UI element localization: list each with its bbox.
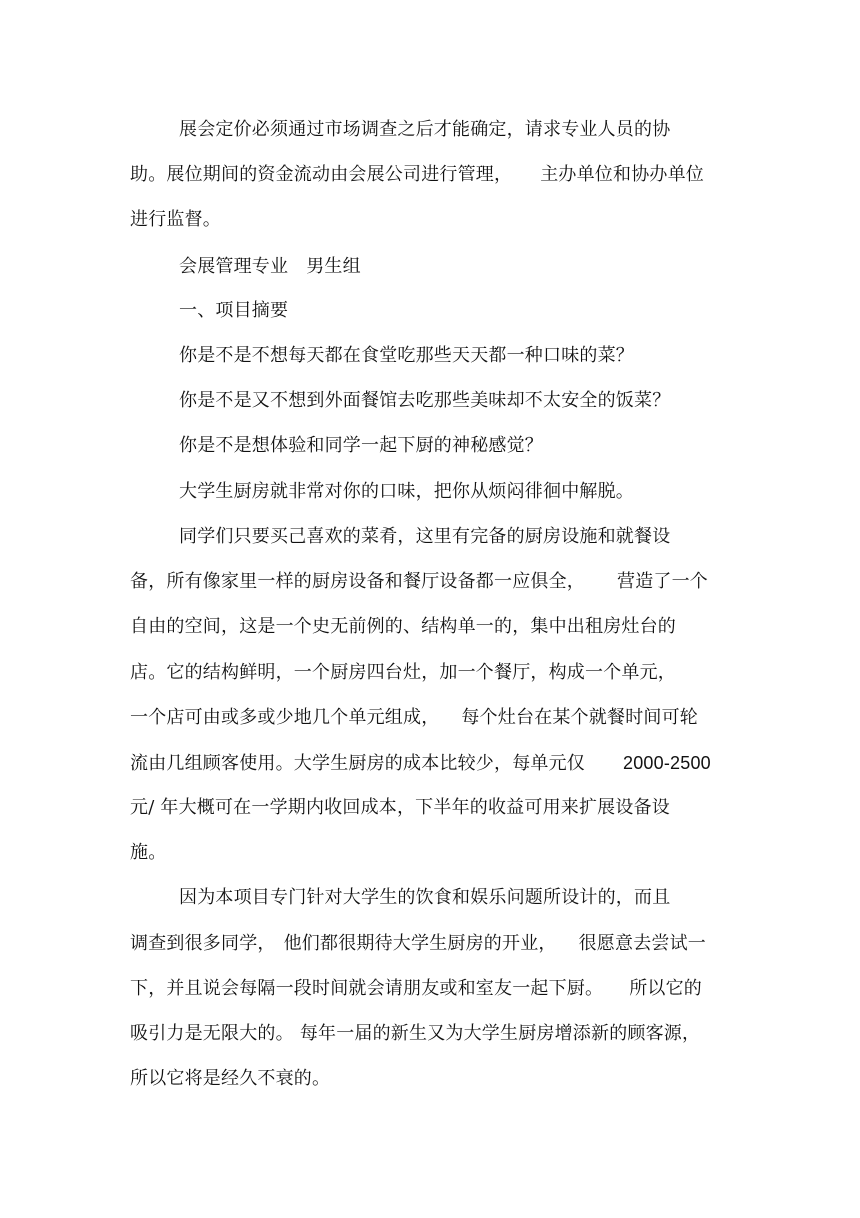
question-1: 你是不是不想每天都在食堂吃那些天天都一种口味的菜？ <box>179 345 634 367</box>
text-span: 自由的空间，这是一个史无前例的、结构单一的，集中出租房灶台的 <box>130 616 676 637</box>
section-heading: 一、项目摘要 <box>179 300 288 322</box>
paragraph-2-line-2: 备，所有像家里一样的厨房设备和餐厅设备都一应俱全，营造了一个 <box>130 571 708 593</box>
text-span: 助。展位期间的资金流动由会展公司进行管理， <box>130 164 512 185</box>
text-span: 所以它将是经久不衰的。 <box>130 1068 330 1089</box>
paragraph-2-line-4: 店。它的结构鲜明，一个厨房四台灶，加一个餐厅，构成一个单元， <box>130 662 676 684</box>
text-span: 一、项目摘要 <box>179 300 288 321</box>
text-span: 进行监督。 <box>130 209 221 230</box>
text-span: 你是不是又不想到外面餐馆去吃那些美味却不太安全的饭菜？ <box>179 390 670 411</box>
text-span: 一个店可由或多或少地几个单元组成， <box>130 707 439 728</box>
text-span: 流由几组顾客使用。大学生厨房的成本比较少，每单元仅 <box>130 753 585 774</box>
paragraph-3-line-2: 调查到很多同学，他们都很期待大学生厨房的开业，很愿意去尝试一 <box>130 933 706 955</box>
text-span: 所以它的 <box>629 978 702 999</box>
paragraph-2-line-5: 一个店可由或多或少地几个单元组成，每个灶台在某个就餐时间可轮 <box>130 707 698 729</box>
text-span: 施。 <box>130 842 166 863</box>
text-span: 店。它的结构鲜明，一个厨房四台灶，加一个餐厅，构成一个单元， <box>130 662 676 683</box>
question-3: 你是不是想体验和同学一起下厨的神秘感觉？ <box>179 435 543 457</box>
text-span: 他们都很期待大学生厨房的开业， <box>284 933 557 954</box>
text-span: 你是不是想体验和同学一起下厨的神秘感觉？ <box>179 435 543 456</box>
paragraph-1-line-3: 进行监督。 <box>130 209 221 231</box>
text-span: 元/ 年大概可在一学期内收回成本，下半年的收益可用来扩展设备设 <box>130 797 670 818</box>
text-span: 同学们只要买己喜欢的菜肴，这里有完备的厨房设施和就餐设 <box>179 526 670 547</box>
paragraph-1-line-1: 展会定价必须通过市场调查之后才能确定，请求专业人员的协 <box>179 119 670 141</box>
text-span: 每个灶台在某个就餐时间可轮 <box>461 707 698 728</box>
paragraph-2-line-1: 同学们只要买己喜欢的菜肴，这里有完备的厨房设施和就餐设 <box>179 526 670 548</box>
text-span: 会展管理专业 <box>179 256 288 277</box>
text-span: 每年一届的新生又为大学生厨房增添新的顾客源， <box>300 1023 700 1044</box>
text-span: 大学生厨房就非常对你的口味，把你从烦闷徘徊中解脱。 <box>179 481 634 502</box>
question-2: 你是不是又不想到外面餐馆去吃那些美味却不太安全的饭菜？ <box>179 390 670 412</box>
paragraph-3-line-3: 下，并且说会每隔一段时间就会请朋友或和室友一起下厨。所以它的 <box>130 978 702 1000</box>
paragraph-2-line-3: 自由的空间，这是一个史无前例的、结构单一的，集中出租房灶台的 <box>130 616 676 638</box>
text-span: 备，所有像家里一样的厨房设备和餐厅设备都一应俱全， <box>130 571 585 592</box>
text-span: 调查到很多同学， <box>130 933 276 954</box>
text-span: 主办单位和协办单位 <box>540 164 704 185</box>
paragraph-2-line-8: 施。 <box>130 842 166 864</box>
text-span: 你是不是不想每天都在食堂吃那些天天都一种口味的菜？ <box>179 345 634 366</box>
text-span: 很愿意去尝试一 <box>579 933 706 954</box>
text-span: 展会定价必须通过市场调查之后才能确定，请求专业人员的协 <box>179 119 670 140</box>
cost-range-number: 2000-2500 <box>623 753 711 773</box>
text-span: 下，并且说会每隔一段时间就会请朋友或和室友一起下厨。 <box>130 978 603 999</box>
text-span: 因为本项目专门针对大学生的饮食和娱乐问题所设计的，而且 <box>179 887 670 908</box>
paragraph-2-line-7: 元/ 年大概可在一学期内收回成本，下半年的收益可用来扩展设备设 <box>130 797 670 819</box>
paragraph-3-line-1: 因为本项目专门针对大学生的饮食和娱乐问题所设计的，而且 <box>179 887 670 909</box>
text-span: 营造了一个 <box>617 571 708 592</box>
paragraph-3-line-4: 吸引力是无限大的。每年一届的新生又为大学生厨房增添新的顾客源， <box>130 1023 700 1045</box>
text-span: 吸引力是无限大的。 <box>130 1023 294 1044</box>
text-span: 男生组 <box>306 256 361 277</box>
paragraph-1-line-2: 助。展位期间的资金流动由会展公司进行管理，主办单位和协办单位 <box>130 164 704 186</box>
section-meta: 会展管理专业男生组 <box>179 256 361 278</box>
paragraph-3-line-5: 所以它将是经久不衰的。 <box>130 1068 330 1090</box>
answer-line: 大学生厨房就非常对你的口味，把你从烦闷徘徊中解脱。 <box>179 481 634 503</box>
paragraph-2-line-6: 流由几组顾客使用。大学生厨房的成本比较少，每单元仅2000-2500 <box>130 752 711 775</box>
document-page: 展会定价必须通过市场调查之后才能确定，请求专业人员的协 助。展位期间的资金流动由… <box>0 0 860 1218</box>
